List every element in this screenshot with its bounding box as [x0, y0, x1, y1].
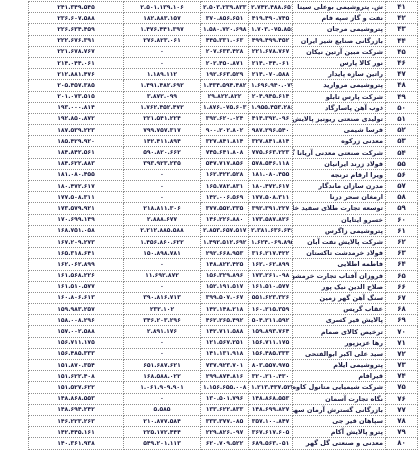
value-d-cell: ۵۵۱.۶۲۳.۳۲۶: [249, 292, 293, 303]
value-net-cell: ۱۴۲.۴۴۵.۱۶۱: [29, 427, 124, 438]
entity-name-cell: فاطمه اطلایی: [293, 259, 386, 270]
entity-name-cell: پتروشیمی زاگرس: [293, 225, 386, 236]
value-b-cell: ۲.۵۰۱.۱۳۹.۱۰۶: [124, 2, 201, 13]
entity-name-cell: بازرگانی گسترش آرمان سهند گوی: [293, 404, 386, 415]
value-d-cell: ۱۴۸.۶۹۹.۸۲۷: [249, 404, 293, 415]
rank-cell: ۴۷: [386, 69, 418, 80]
rank-cell: ۶۹: [386, 315, 418, 326]
value-c-cell: ۱۴۲.۱۴۸.۲۱۸: [201, 304, 249, 315]
rank-cell: ۴۶: [386, 57, 418, 68]
table-row: ۱۴۶.۲۲۳.۲۶۳۲۱۰.۸۷۷.۵۸۴۳۳۳.۳۷۷.۰۸۵۳۵۷.۱۰۰…: [29, 415, 418, 426]
rank-cell: ۵۵: [386, 158, 418, 169]
value-net-cell: ۲۲۶.۶۳۴.۴۵۹: [29, 24, 124, 35]
table-row: ۲۱۲.۸۸۱.۴۷۶۱.۱۸۹.۱۱۲۱۹۲.۶۶۳.۵۲۹۲۱۴.۰۷۰.۵…: [29, 69, 418, 80]
entity-name-cell: راتین سازه پایدار: [293, 69, 386, 80]
value-d-cell: ۷۷۵.۶۶۳.۲۲۳: [249, 147, 293, 158]
rank-cell: ۵۶: [386, 169, 418, 180]
rank-cell: ۵۰: [386, 102, 418, 113]
value-b-cell: ۱.۷۶۲.۴۵۲.۴۷۲: [124, 102, 201, 113]
value-c-cell: ۱۵۶.۳۲۹.۸۹۶: [201, 270, 249, 281]
rank-cell: ۴۵: [386, 46, 418, 57]
value-d-cell: ۱۴۸.۸۶۸.۵۵۳: [249, 393, 293, 404]
value-b-cell: ۲.۲۱۲.۸۸۵.۵۸۸: [124, 225, 201, 236]
value-net-cell: ۱۶۱.۵۶۸.۲۲۶: [29, 270, 124, 281]
value-d-cell: ۱۷۳.۲۶۱.۰۹۸: [249, 270, 293, 281]
value-b-cell: ۰: [124, 169, 201, 180]
entity-name-cell: نفت و گاز سپه فام: [293, 13, 386, 24]
value-c-cell: ۱۶۲.۴۲۲.۵۲۸: [201, 169, 249, 180]
entity-name-cell: سپاهان قیر جی: [293, 415, 386, 426]
value-d-cell: ۵۷۸.۵۴۶.۱۱۸: [249, 158, 293, 169]
value-c-cell: ۳۹۹.۵۰۷.۰۶۷: [201, 292, 249, 303]
table-row: ۱۵۶.۴۸۵.۳۳۳۰۱۴۱.۱۳۱.۹۱۸۱۵۶.۴۸۵.۳۳۳سید عل…: [29, 348, 418, 359]
value-net-cell: ۲۴۱.۳۴۹.۵۴۵: [29, 2, 124, 13]
table-row: ۱۸۷.۵۳۹.۲۲۳۷۹۹.۷۵۷.۳۱۷۹۰۰.۲۰۲.۸۰۲۹۸۷.۲۹۶…: [29, 125, 418, 136]
value-c-cell: ۲۰۲.۴۵۰.۸۷۱: [201, 57, 249, 68]
value-c-cell: ۳۳۳.۳۷۷.۰۸۵: [201, 415, 249, 426]
table-row: ۱۷۰.۶۹۹.۱۴۹۲.۸۸۸.۶۷۷۱۴۶.۲۲۶.۸۸۰۱۷۳.۵۸۷.۸…: [29, 214, 418, 225]
entity-name-cell: شرکت صنعتی معدنی آریانا گوهر: [293, 147, 386, 158]
value-net-cell: ۱۸۱.۰۸۰.۴۵۵: [29, 169, 124, 180]
value-d-cell: ۱۷۷.۵۰۸.۳۱۱: [249, 192, 293, 203]
table-row: ۱۴۸.۸۶۸.۵۵۳۰۱۳۰.۵۰۱.۷۹۶۱۴۸.۸۶۸.۵۵۳نگاه ت…: [29, 393, 418, 404]
value-c-cell: ۵۴۷.۷۱۷.۸۵۶: [201, 158, 249, 169]
value-d-cell: ۲.۳۸۱.۶۳۶.۶۴۶: [249, 225, 293, 236]
value-b-cell: ۱۵۰.۸۹۸.۷۸۱: [124, 248, 201, 259]
value-d-cell: ۱۷۳.۵۸۷.۸۲۶: [249, 214, 293, 225]
entity-name-cell: ترخیص کالای صمام: [293, 326, 386, 337]
table-row: ۱۶۱.۵۱۰.۵۷۷۰۱۵۲.۱۹۱.۵۱۷۱۶۱.۵۱۰.۵۷۷صلاح ا…: [29, 281, 418, 292]
value-d-cell: ۱۸۱.۰۸۰.۴۵۵: [249, 169, 293, 180]
entity-name-cell: پتروشیمی مرجان: [293, 24, 386, 35]
value-c-cell: ۱.۵۸۰.۷۲۰.۶۹۸: [201, 24, 249, 35]
value-b-cell: ۰: [124, 281, 201, 292]
value-b-cell: ۵.۵۸۵: [124, 404, 201, 415]
value-b-cell: ۱۱.۶۹۲.۸۷۲: [124, 270, 201, 281]
value-b-cell: ۱.۴۷۶.۴۴۱.۳۹۷: [124, 24, 201, 35]
value-d-cell: ۴۹۹.۴۹۹.۴۵۲: [249, 35, 293, 46]
value-b-cell: ۵۹۰.۸۲۰.۶۶۲: [124, 147, 201, 158]
value-b-cell: ۰: [124, 57, 201, 68]
rank-cell: ۶۷: [386, 292, 418, 303]
rank-cell: ۷۳: [386, 360, 418, 371]
value-d-cell: ۱۶۲.۰۶۲.۸۹۹: [249, 259, 293, 270]
table-row: ۱۸۴.۸۴۲.۵۶۱۵۹۰.۸۲۰.۶۶۲۷۴۵.۶۴۱.۸۰۸۷۷۵.۶۶۳…: [29, 147, 418, 158]
value-d-cell: ۱.۶۹۶.۹۴۰.۰۷۷: [249, 80, 293, 91]
rank-cell: ۷۱: [386, 337, 418, 348]
value-net-cell: ۱۸۴.۶۲۲.۸۸۳: [29, 158, 124, 169]
table-row: ۱۹۳.۰۰۰.۸۱۴۱.۷۶۲.۴۵۲.۴۷۲۱.۸۷۶.۰۷۵.۶۰۳۱.۹…: [29, 102, 418, 113]
value-c-cell: ۱۹۲.۶۶۳.۵۲۹: [201, 69, 249, 80]
value-d-cell: ۲۰۴.۹۴۵.۶۱۴: [249, 91, 293, 102]
value-b-cell: ۲۲۱.۵۴۱.۲۲۴: [124, 113, 201, 124]
value-d-cell: ۱۶۰.۲۱۵.۳۵۹: [249, 304, 293, 315]
rank-cell: ۵۷: [386, 181, 418, 192]
entity-name-cell: عقاب گریس: [293, 304, 386, 315]
value-d-cell: ۲۲۱.۶۷۸.۷۶۷: [249, 46, 293, 57]
table-row: ۱۵۱.۵۲۷.۶۲۲۱.۰۶۱.۹۰۹.۹۰۱۱.۱۵۶.۶۵۵.۰۰۸۱.۲…: [29, 382, 418, 393]
value-d-cell: ۱.۶۲۴.۰۶۹.۸۹۵: [249, 236, 293, 247]
table-row: ۲۰۱.۰۷۳.۵۱۵۳.۸۷۲.۰۹۹۲۹.۸۲۲.۸۲۲۲۰۴.۹۴۵.۶۱…: [29, 91, 418, 102]
value-d-cell: ۳۲۷.۸۴۱.۸۱۴: [249, 136, 293, 147]
rank-cell: ۷۵: [386, 382, 418, 393]
value-net-cell: ۱۹۲.۸۵۰.۸۷۲: [29, 113, 124, 124]
value-b-cell: ۱۶۸.۵۸۸.۰۲۲: [124, 371, 201, 382]
entity-name-cell: نگاه تجارت آسمان: [293, 393, 386, 404]
table-row: ۱۴۸.۶۹۴.۲۴۲۵.۵۸۵۱۳۳.۶۲۲.۸۳۳۱۴۸.۶۹۹.۸۲۷با…: [29, 404, 418, 415]
value-net-cell: ۱۵۸.۰۰۸.۲۹۶: [29, 315, 124, 326]
value-d-cell: ۱۵۹.۸۹۳.۷۶۴: [249, 326, 293, 337]
value-net-cell: ۱۵۱.۶۲۲.۴۰۸: [29, 371, 124, 382]
rank-cell: ۵۹: [386, 203, 418, 214]
value-c-cell: ۶۲۰.۷۰۹.۵۲۲: [201, 438, 249, 449]
value-b-cell: ۲۱۸.۸۱۱.۳۰۶: [124, 203, 201, 214]
value-b-cell: ۲۲۵.۱۷۲.۴۴۴: [124, 427, 201, 438]
rank-cell: ۷۸: [386, 415, 418, 426]
rank-cell: ۷۷: [386, 404, 418, 415]
value-c-cell: ۱.۴۹۲.۵۱۲.۶۹۲: [201, 236, 249, 247]
rank-cell: ۵۴: [386, 147, 418, 158]
value-d-cell: ۱.۲۱۳.۴۳۷.۵۲۳: [249, 382, 293, 393]
table-row: ۱۷۳.۵۷۹.۹۲۱۲۱۸.۸۱۱.۳۰۶۳۷۷.۵۵۲.۳۳۵۳۹۲.۳۹۱…: [29, 203, 418, 214]
table-row: ۱۸۵.۴۲۹.۹۲۰۱۴۲.۴۱۱.۸۹۴۳۲۷.۸۴۱.۸۱۴۳۲۷.۸۴۱…: [29, 136, 418, 147]
value-c-cell: ۱۵۲.۱۹۱.۵۱۷: [201, 281, 249, 292]
rank-cell: ۵۲: [386, 125, 418, 136]
entity-name-cell: ویرا ارقام ترنجه: [293, 169, 386, 180]
entity-name-cell: نور کالا پارس: [293, 57, 386, 68]
rank-cell: ۶۲: [386, 236, 418, 247]
value-b-cell: ۲.۸۸۸.۶۷۷: [124, 214, 201, 225]
table-row: ۱۵۶.۷۱۱.۱۷۵۰۱۲۱.۵۶۷.۲۵۱۱۵۶.۷۱۱.۱۷۵رها عز…: [29, 337, 418, 348]
rank-cell: ۴۴: [386, 35, 418, 46]
value-b-cell: ۳.۸۷۲.۰۹۹: [124, 91, 201, 102]
value-c-cell: ۲.۵۰۳.۲۳۹.۸۳۳: [201, 2, 249, 13]
value-c-cell: ۷۴۵.۶۴۱.۸۰۸: [201, 147, 249, 158]
rank-cell: ۵۸: [386, 192, 418, 203]
value-b-cell: ۱.۴۵۶.۸۶۰.۶۲۲: [124, 236, 201, 247]
table-row: ۱۶۰.۸۰۶.۶۱۳۳۹۰.۸۱۶.۷۱۳۳۹۹.۵۰۷.۰۶۷۵۵۱.۶۲۳…: [29, 292, 418, 303]
value-d-cell: ۱۵۶.۴۸۵.۳۳۳: [249, 348, 293, 359]
entity-name-cell: قیرافام: [293, 371, 386, 382]
table-row: ۱۶۱.۵۶۸.۲۲۶۱۱.۶۹۲.۸۷۲۱۵۶.۳۲۹.۸۹۶۱۷۳.۲۶۱.…: [29, 270, 418, 281]
value-net-cell: ۱۵۱.۵۲۷.۶۲۲: [29, 382, 124, 393]
rank-cell: ۴۹: [386, 91, 418, 102]
value-d-cell: ۳۶۷.۶۱۷.۶۰۵: [249, 427, 293, 438]
value-b-cell: ۱.۰۶۱.۹۰۹.۹۰۱: [124, 382, 201, 393]
rank-cell: ۵۱: [386, 113, 418, 124]
entity-name-cell: پتروشیمی مروارید: [293, 80, 386, 91]
value-b-cell: ۷۹۹.۷۵۷.۳۱۷: [124, 125, 201, 136]
value-b-cell: ۱.۱۸۹.۱۱۲: [124, 69, 201, 80]
value-net-cell: ۱۵۷.۰۰۲.۵۸۸: [29, 326, 124, 337]
entity-name-cell: خسرو ایتایان: [293, 214, 386, 225]
rank-cell: ۷۰: [386, 326, 418, 337]
value-b-cell: ۳۴۶.۲۰۳.۲۹۶: [124, 315, 201, 326]
table-row: ۲۰۵.۴۵۷.۳۸۵۱.۴۹۱.۴۸۲.۶۹۲۱.۴۳۴.۵۹۴.۴۸۲۱.۶…: [29, 80, 418, 91]
rank-cell: ۵۳: [386, 136, 418, 147]
value-d-cell: ۱۸۰.۴۷۲.۶۱۷: [249, 181, 293, 192]
value-d-cell: ۴۱۴.۳۹۲.۰۹۶: [249, 113, 293, 124]
entity-name-cell: سید علی اکبر ابوالفتحی: [293, 348, 386, 359]
table-row: ۱۵۷.۰۰۲.۵۸۸۲.۸۹۱.۱۷۶۱۴۲.۷۱۱.۵۸۸۱۵۹.۸۹۳.۷…: [29, 326, 418, 337]
value-net-cell: ۱۸۰.۴۷۲.۶۱۷: [29, 181, 124, 192]
ranking-table-body: ۲۴۱.۳۴۹.۵۴۵۲.۵۰۱.۱۳۹.۱۰۶۲.۵۰۳.۲۳۹.۸۳۳۲.۷…: [29, 2, 418, 450]
rank-cell: ۶۸: [386, 304, 418, 315]
entity-name-cell: رها عزیزپور: [293, 337, 386, 348]
table-row: ۱۸۰.۴۷۲.۶۱۷۰۱۶۵.۷۸۲.۸۳۱۱۸۰.۴۷۲.۶۱۷مدرن س…: [29, 181, 418, 192]
value-c-cell: ۱.۴۳۴.۵۹۴.۴۸۲: [201, 80, 249, 91]
value-d-cell: ۱.۷۰۳.۰۷۵.۸۵۶: [249, 24, 293, 35]
value-b-cell: ۰: [124, 192, 201, 203]
value-d-cell: ۲۱۴.۰۷۰.۵۸۸: [249, 69, 293, 80]
value-b-cell: ۲۳۲.۱۰۲: [124, 304, 201, 315]
entity-name-cell: فولاد زرند ایرانیان: [293, 158, 386, 169]
table-row: ۱۸۱.۰۸۰.۴۵۵۰۱۶۲.۴۲۲.۵۲۸۱۸۱.۰۸۰.۴۵۵ویرا ا…: [29, 169, 418, 180]
value-c-cell: ۴۴۵.۳۳۱.۰۶۳: [201, 35, 249, 46]
entity-name-cell: شرکت شیمیایی متانول کاوه: [293, 382, 386, 393]
rank-cell: ۸۰: [386, 438, 418, 449]
entity-name-cell: توسعه تجارت طلای سفید خاورمیانه: [293, 203, 386, 214]
table-row: ۲۴۱.۳۴۹.۵۴۵۲.۵۰۱.۱۳۹.۱۰۶۲.۵۰۳.۲۳۹.۸۳۳۲.۷…: [29, 2, 418, 13]
value-c-cell: ۳۷۷.۵۵۲.۳۳۵: [201, 203, 249, 214]
entity-name-cell: ارمغان سحر درنا: [293, 192, 386, 203]
value-net-cell: ۲۳۶.۶۰۷.۵۸۸: [29, 13, 124, 24]
value-d-cell: ۸۰۳.۵۵۷.۹۷۵: [249, 360, 293, 371]
rank-cell: ۶۵: [386, 270, 418, 281]
value-d-cell: ۳۱۶.۲۱۷.۴۲۲: [249, 248, 293, 259]
value-b-cell: ۰: [124, 337, 201, 348]
table-row: ۱۴۰.۳۶۱.۹۳۸۵۴۹.۲۰۱.۱۱۳۶۲۰.۷۰۹.۵۲۲۶۸۹.۵۶۳…: [29, 438, 418, 449]
value-net-cell: ۱۴۸.۶۹۴.۲۴۲: [29, 404, 124, 415]
value-b-cell: ۳۹۰.۸۱۶.۷۱۳: [124, 292, 201, 303]
value-c-cell: ۳۷۰.۸۵۶.۶۵۱: [201, 13, 249, 24]
value-c-cell: ۲.۸۵۳.۶۵۷.۵۱۷: [201, 225, 249, 236]
entity-name-cell: فرسا شیمی: [293, 125, 386, 136]
entity-name-cell: پترو پالایش آکام: [293, 427, 386, 438]
value-net-cell: ۱۵۶.۷۱۱.۱۷۵: [29, 337, 124, 348]
entity-name-cell: معدنی زرکوه: [293, 136, 386, 147]
value-d-cell: ۹۸۷.۲۹۶.۵۴۰: [249, 125, 293, 136]
rank-cell: ۶۳: [386, 248, 418, 259]
value-c-cell: ۱۲۱.۵۶۷.۲۵۱: [201, 337, 249, 348]
value-net-cell: ۱۵۶.۴۸۵.۳۳۳: [29, 348, 124, 359]
table-row: ۱۹۲.۸۵۰.۸۷۲۲۲۱.۵۴۱.۲۲۴۳۹۲.۶۲۰.۰۲۴۴۱۴.۳۹۲…: [29, 113, 418, 124]
value-net-cell: ۱۷۳.۵۷۹.۹۲۱: [29, 203, 124, 214]
table-row: ۱۶۲.۰۶۲.۸۹۹۰۱۴۸.۸۲۲.۴۲۵۱۶۲.۰۶۲.۸۹۹فاطمه …: [29, 259, 418, 270]
entity-name-cell: فولاد خرمدشت تاکستان: [293, 248, 386, 259]
value-b-cell: ۶۵۱.۶۸۷.۶۲۱: [124, 360, 201, 371]
value-b-cell: ۰: [124, 259, 201, 270]
value-d-cell: ۲.۷۴۲.۴۸۸.۶۵۱: [249, 2, 293, 13]
entity-name-cell: سنگ آهن گهر زمین: [293, 292, 386, 303]
value-net-cell: ۱۷۰.۶۹۹.۱۴۹: [29, 214, 124, 225]
value-net-cell: ۲۲۲.۶۷۶.۳۹۱: [29, 35, 124, 46]
value-b-cell: ۰: [124, 46, 201, 57]
value-c-cell: ۳۹۲.۶۲۰.۰۲۴: [201, 113, 249, 124]
value-c-cell: ۱.۸۷۶.۰۷۵.۶۰۳: [201, 102, 249, 113]
value-net-cell: ۲۰۱.۰۷۳.۵۱۵: [29, 91, 124, 102]
value-b-cell: ۵۴۹.۲۰۱.۱۱۳: [124, 438, 201, 449]
value-c-cell: ۲۹۲.۶۶۸.۹۵۳: [201, 248, 249, 259]
value-c-cell: ۱۶۵.۷۸۲.۸۳۱: [201, 181, 249, 192]
entity-name-cell: پتروشیمی ایلام: [293, 360, 386, 371]
value-c-cell: ۳۲۷.۸۴۱.۸۱۴: [201, 136, 249, 147]
value-b-cell: ۳۹۳.۹۲۳.۲۳۵: [124, 158, 201, 169]
value-b-cell: ۲۱۰.۸۷۷.۵۸۴: [124, 415, 201, 426]
value-net-cell: ۱۸۵.۴۲۹.۹۲۰: [29, 136, 124, 147]
entity-name-cell: ش. پتروشیمی بوعلی سینا: [293, 2, 386, 13]
table-row: ۱۵۹.۹۸۳.۲۵۷۲۳۲.۱۰۲۱۴۲.۱۴۸.۲۱۸۱۶۰.۲۱۵.۳۵۹…: [29, 304, 418, 315]
value-net-cell: ۱۹۳.۰۰۰.۸۱۴: [29, 102, 124, 113]
rank-cell: ۶۱: [386, 225, 418, 236]
value-net-cell: ۱۵۹.۹۸۳.۲۵۷: [29, 304, 124, 315]
table-row: ۱۶۸.۷۵۱.۰۵۸۲.۲۱۲.۸۸۵.۵۸۸۲.۸۵۳.۶۵۷.۵۱۷۲.۳…: [29, 225, 418, 236]
value-net-cell: ۱۷۷.۵۰۸.۳۱۱: [29, 192, 124, 203]
value-d-cell: ۳۲۰.۲۱۰.۴۳۰: [249, 371, 293, 382]
value-c-cell: ۱.۱۵۶.۶۵۵.۰۰۸: [201, 382, 249, 393]
value-net-cell: ۱۸۷.۵۳۹.۲۲۳: [29, 125, 124, 136]
table-row: ۱۷۷.۵۰۸.۳۱۱۰۱۴۲.۰۰۶.۵۶۹۱۷۷.۵۰۸.۳۱۱ارمغان…: [29, 192, 418, 203]
value-net-cell: ۱۶۵.۳۱۸.۶۴۱: [29, 248, 124, 259]
entity-name-cell: معدنی و صنعتی گل گهر: [293, 438, 386, 449]
value-net-cell: ۱۸۴.۸۴۲.۵۶۱: [29, 147, 124, 158]
value-d-cell: ۱.۹۵۵.۴۵۳.۲۸۶: [249, 102, 293, 113]
value-d-cell: ۶۸۹.۵۶۳.۰۵۱: [249, 438, 293, 449]
value-d-cell: ۳۹۲.۳۹۱.۲۲۷: [249, 203, 293, 214]
value-c-cell: ۲۹.۸۲۲.۸۲۲: [201, 91, 249, 102]
value-c-cell: ۱۴۸.۸۲۲.۴۲۵: [201, 259, 249, 270]
entity-name-cell: بازرگانی صنایع شیر ایران: [293, 35, 386, 46]
rank-cell: ۶۶: [386, 281, 418, 292]
rank-cell: ۷۴: [386, 371, 418, 382]
value-d-cell: ۲۱۴.۰۴۴.۰۶۱: [249, 57, 293, 68]
rank-cell: ۷۲: [386, 348, 418, 359]
entity-name-cell: ذوب آهن پاسارگاد: [293, 102, 386, 113]
ranking-table: ۲۴۱.۳۴۹.۵۴۵۲.۵۰۱.۱۳۹.۱۰۶۲.۵۰۳.۲۳۹.۸۳۳۲.۷…: [28, 1, 418, 450]
value-c-cell: ۹۰۰.۲۰۲.۸۰۲: [201, 125, 249, 136]
value-c-cell: ۱۴۲.۷۱۱.۵۸۸: [201, 326, 249, 337]
value-net-cell: ۲۱۲.۸۸۱.۴۷۶: [29, 69, 124, 80]
entity-name-cell: شرکت پارس تابلو: [293, 91, 386, 102]
value-net-cell: ۲۲۱.۶۷۸.۷۶۷: [29, 46, 124, 57]
table-row: ۲۲۱.۶۷۸.۷۶۷۰۲۰۷.۶۳۳.۴۲۸۲۲۱.۶۷۸.۷۶۷شرکت م…: [29, 46, 418, 57]
entity-name-cell: پالایش قیر کسری: [293, 315, 386, 326]
rank-cell: ۴۲: [386, 13, 418, 24]
rank-cell: ۶۴: [386, 259, 418, 270]
value-net-cell: ۱۶۸.۷۵۱.۰۵۸: [29, 225, 124, 236]
table-row: ۲۱۴.۰۴۴.۰۶۱۰۲۰۲.۴۵۰.۸۷۱۲۱۴.۰۴۴.۰۶۱نور کا…: [29, 57, 418, 68]
value-c-cell: ۱۴۱.۱۳۱.۹۱۸: [201, 348, 249, 359]
entity-name-cell: شرکت پالایش نفت آبان: [293, 236, 386, 247]
value-net-cell: ۱۶۲.۰۶۲.۸۹۹: [29, 259, 124, 270]
value-b-cell: ۰: [124, 181, 201, 192]
table-row: ۲۲۲.۶۷۶.۳۹۱۲۷۶.۸۲۳.۰۶۱۴۴۵.۳۳۱.۰۶۳۴۹۹.۴۹۹…: [29, 35, 418, 46]
value-b-cell: ۲۷۶.۸۲۳.۰۶۱: [124, 35, 201, 46]
value-c-cell: ۲۹۹.۸۷۴.۸۱۶: [201, 371, 249, 382]
value-c-cell: ۱۴۶.۲۲۶.۸۸۰: [201, 214, 249, 225]
value-b-cell: ۱۸۲.۸۸۳.۱۵۷: [124, 13, 201, 24]
table-row: ۱۶۵.۳۱۸.۶۴۱۱۵۰.۸۹۸.۷۸۱۲۹۲.۶۶۸.۹۵۳۳۱۶.۲۱۷…: [29, 248, 418, 259]
value-c-cell: ۱۴۲.۰۰۶.۵۶۹: [201, 192, 249, 203]
rank-cell: ۴۱: [386, 2, 418, 13]
table-row: ۲۲۶.۶۳۴.۴۵۹۱.۴۷۶.۴۴۱.۳۹۷۱.۵۸۰.۷۲۰.۶۹۸۱.۷…: [29, 24, 418, 35]
value-c-cell: ۱۳۰.۵۰۱.۷۹۶: [201, 393, 249, 404]
value-net-cell: ۱۴۶.۲۲۳.۲۶۳: [29, 415, 124, 426]
value-c-cell: ۴۶۲.۲۶۵.۴۹۲: [201, 315, 249, 326]
value-c-cell: ۱۳۳.۶۲۲.۸۳۳: [201, 404, 249, 415]
entity-name-cell: صلاح الدین نیک پور: [293, 281, 386, 292]
rank-cell: ۴۳: [386, 24, 418, 35]
value-net-cell: ۱۵۱.۸۷۰.۳۵۴: [29, 360, 124, 371]
value-net-cell: ۱۶۰.۸۰۶.۶۱۳: [29, 292, 124, 303]
value-net-cell: ۱۴۸.۸۶۸.۵۵۳: [29, 393, 124, 404]
entity-name-cell: شرکت مبین آرتین نیکان: [293, 46, 386, 57]
table-row: ۱۴۲.۴۴۵.۱۶۱۲۲۵.۱۷۲.۴۴۴۲۲۹.۸۲۶.۰۹۷۳۶۷.۶۱۷…: [29, 427, 418, 438]
entity-name-cell: فروزان آفتاب تجارت خرمشهر: [293, 270, 386, 281]
value-b-cell: ۰: [124, 393, 201, 404]
rank-cell: ۴۸: [386, 80, 418, 91]
rank-cell: ۶۰: [386, 214, 418, 225]
table-row: ۱۶۷.۲۰۹.۲۷۳۱.۴۵۶.۸۶۰.۶۲۲۱.۴۹۲.۵۱۲.۶۹۲۱.۶…: [29, 236, 418, 247]
value-d-cell: ۳۵۷.۱۰۰.۸۴۷: [249, 415, 293, 426]
value-net-cell: ۱۶۷.۲۰۹.۲۷۳: [29, 236, 124, 247]
value-c-cell: ۲۰۷.۶۳۳.۴۲۸: [201, 46, 249, 57]
value-net-cell: ۲۰۵.۴۵۷.۳۸۵: [29, 80, 124, 91]
value-b-cell: ۲.۸۹۱.۱۷۶: [124, 326, 201, 337]
value-b-cell: ۱۴۲.۴۱۱.۸۹۴: [124, 136, 201, 147]
value-net-cell: ۲۱۴.۰۴۴.۰۶۱: [29, 57, 124, 68]
value-d-cell: ۱۶۱.۵۱۰.۵۷۷: [249, 281, 293, 292]
value-d-cell: ۵۰۴.۲۱۱.۵۹۲: [249, 315, 293, 326]
value-c-cell: ۲۲۹.۸۲۶.۰۹۷: [201, 427, 249, 438]
entity-name-cell: تولیدی صنعتی ریونیز پالایش آرما: [293, 113, 386, 124]
table-row: ۱۵۱.۸۷۰.۳۵۴۶۵۱.۶۸۷.۶۲۱۷۳۷.۹۲۳.۷۰۱۸۰۳.۵۵۷…: [29, 360, 418, 371]
rank-cell: ۷۶: [386, 393, 418, 404]
table-row: ۲۳۶.۶۰۷.۵۸۸۱۸۲.۸۸۳.۱۵۷۳۷۰.۸۵۶.۶۵۱۴۱۹.۴۹۰…: [29, 13, 418, 24]
value-b-cell: ۱.۴۹۱.۴۸۲.۶۹۲: [124, 80, 201, 91]
value-d-cell: ۱۵۶.۷۱۱.۱۷۵: [249, 337, 293, 348]
value-c-cell: ۷۳۷.۹۲۳.۷۰۱: [201, 360, 249, 371]
value-net-cell: ۱۶۱.۵۱۰.۵۷۷: [29, 281, 124, 292]
value-net-cell: ۱۴۰.۳۶۱.۹۳۸: [29, 438, 124, 449]
table-row: ۱۵۱.۶۲۲.۴۰۸۱۶۸.۵۸۸.۰۲۲۲۹۹.۸۷۴.۸۱۶۳۲۰.۲۱۰…: [29, 371, 418, 382]
table-row: ۱۸۴.۶۲۲.۸۸۳۳۹۳.۹۲۳.۲۳۵۵۴۷.۷۱۷.۸۵۶۵۷۸.۵۴۶…: [29, 158, 418, 169]
table-row: ۱۵۸.۰۰۸.۲۹۶۳۴۶.۲۰۳.۲۹۶۴۶۲.۲۶۵.۴۹۲۵۰۴.۲۱۱…: [29, 315, 418, 326]
entity-name-cell: مدرن سازان ماندگار: [293, 181, 386, 192]
value-d-cell: ۴۱۹.۴۹۰.۷۴۵: [249, 13, 293, 24]
rank-cell: ۷۹: [386, 427, 418, 438]
value-b-cell: ۰: [124, 348, 201, 359]
